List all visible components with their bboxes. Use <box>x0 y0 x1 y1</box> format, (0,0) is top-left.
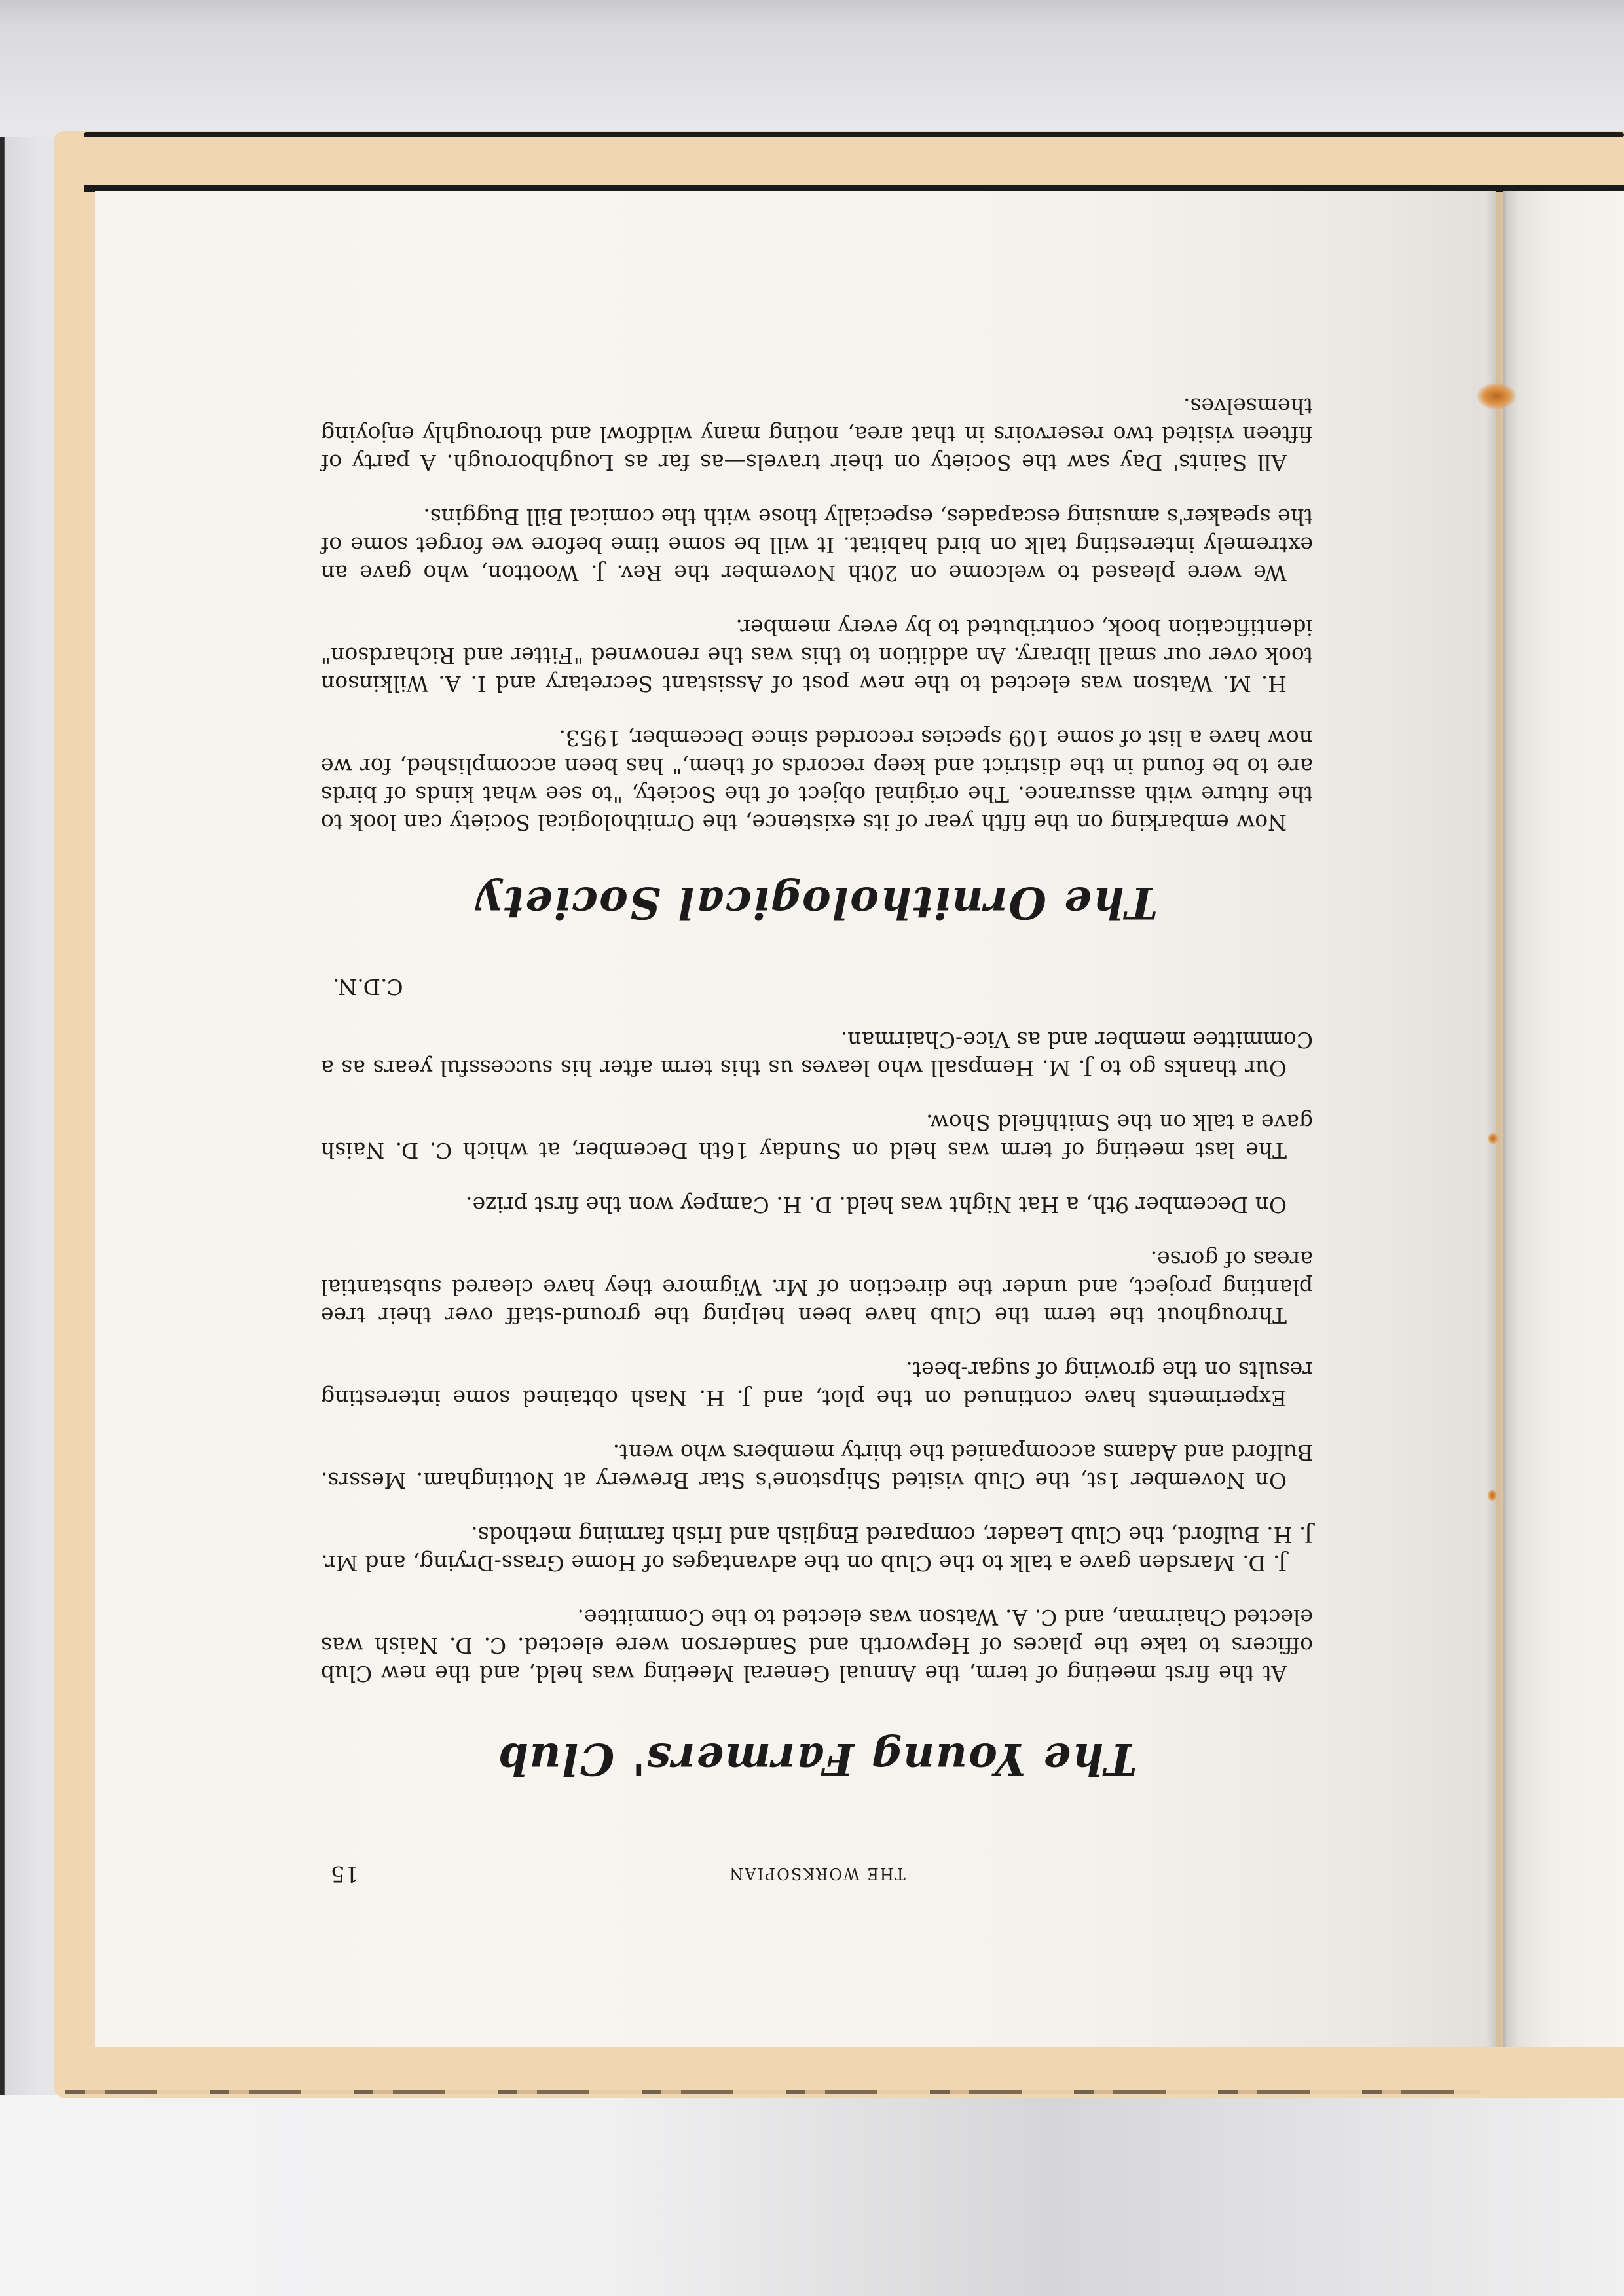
rust-stain <box>1488 1489 1497 1501</box>
page-text-block: THE WORKSOPIAN 15 The Young Farmers' Clu… <box>321 411 1313 1889</box>
binding-fold <box>1486 191 1506 2047</box>
paragraph: On November 1st, the Club visited Shipst… <box>321 1438 1313 1495</box>
paragraph: The last meeting of term was held on Sun… <box>321 1108 1313 1165</box>
rust-stain <box>1477 383 1516 409</box>
section-title: The Young Farmers' Club <box>321 1734 1313 1785</box>
paragraph: At the first meeting of term, the Annual… <box>321 1603 1313 1688</box>
facing-page <box>1503 191 1624 2047</box>
cover-worn-edge <box>65 2090 1480 2094</box>
paragraph: We were pleased to welcome on 20th Novem… <box>321 503 1313 587</box>
cover-edge-shadow <box>84 132 1624 137</box>
paragraph: Throughout the term the Club have been h… <box>321 1245 1313 1330</box>
running-head: THE WORKSOPIAN 15 <box>321 1844 1313 1889</box>
paragraph: On December 9th, a Hat Night was held. D… <box>321 1191 1313 1219</box>
paragraph: Our thanks go to J. M. Hempsall who leav… <box>321 1026 1313 1082</box>
section-ornithological-society: The Ornithological Society Now embarking… <box>321 392 1313 928</box>
section-young-farmers-club: The Young Farmers' Club At the first mee… <box>321 974 1313 1785</box>
paragraph: Experiments have continued on the plot, … <box>321 1356 1313 1412</box>
paragraph: H. M. Watson was elected to the new post… <box>321 613 1313 698</box>
page-number: 15 <box>331 1861 359 1887</box>
scanner-background-bottom <box>0 2095 1624 2296</box>
publication-title: THE WORKSOPIAN <box>321 1865 1313 1883</box>
section-title: The Ornithological Society <box>321 877 1313 928</box>
scanner-background-top <box>0 0 1624 137</box>
author-initials: C.D.N. <box>333 974 1313 1000</box>
paragraph: J. D. Marsden gave a talk to the Club on… <box>321 1521 1313 1577</box>
paragraph: All Saints' Day saw the Society on their… <box>321 392 1313 477</box>
paragraph: Now embarking on the fifth year of its e… <box>321 724 1313 837</box>
rust-stain <box>1488 1133 1498 1144</box>
